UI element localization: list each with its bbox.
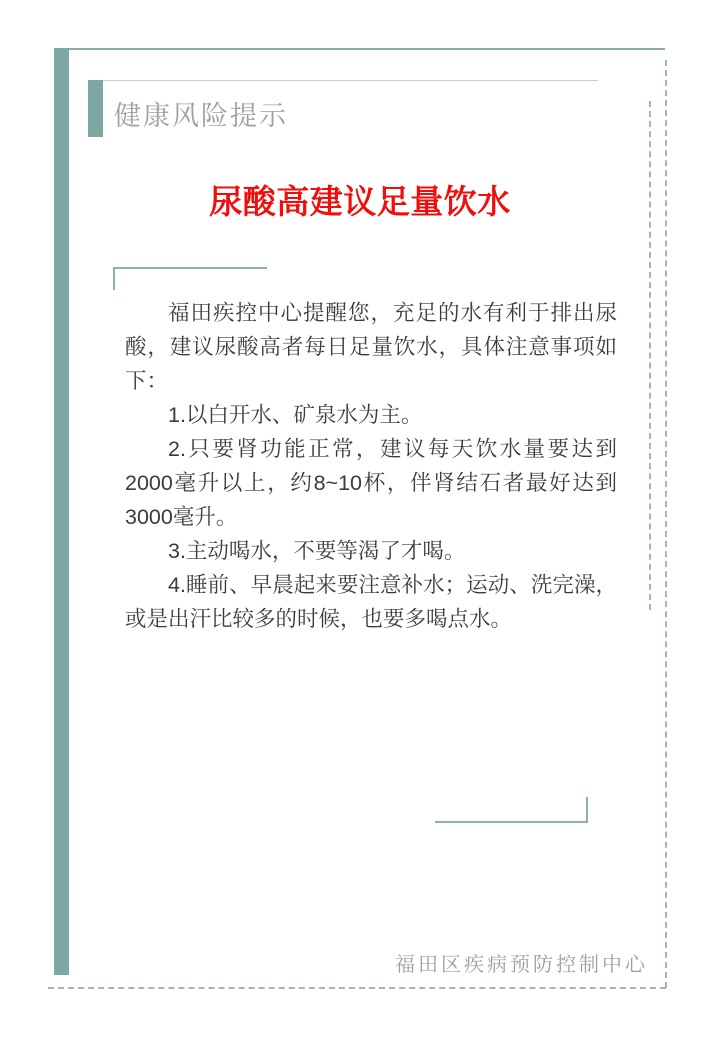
body-paragraph-item-1: 1.以白开水、矿泉水为主。 [125,398,617,432]
body-paragraph-intro: 福田疾控中心提醒您，充足的水有利于排出尿酸，建议尿酸高者每日足量饮水，具体注意事… [125,296,617,398]
header-accent-square [88,80,103,137]
footer-organization: 福田区疾病预防控制中心 [330,948,648,977]
header-rule-line [88,80,598,81]
bottom-dashed-border [48,987,666,989]
left-accent-bar [54,48,69,975]
body-paragraph-item-4: 4.睡前、早晨起来要注意补水；运动、洗完澡，或是出汗比较多的时候，也要多喝点水。 [125,568,617,636]
body-paragraph-item-2: 2.只要肾功能正常，建议每天饮水量要达到2000毫升以上，约8~10杯，伴肾结石… [125,432,617,534]
header-label: 健康风险提示 [114,94,288,133]
inner-dashed-guide-line [649,101,651,610]
body-text-block: 福田疾控中心提醒您，充足的水有利于排出尿酸，建议尿酸高者每日足量饮水，具体注意事… [125,296,617,636]
top-rule-line [69,48,665,50]
body-paragraph-item-3: 3.主动喝水，不要等渴了才喝。 [125,534,617,568]
corner-bracket-top-left [113,267,267,290]
health-notice-page: 健康风险提示 尿酸高建议足量饮水 福田疾控中心提醒您，充足的水有利于排出尿酸，建… [0,0,720,1039]
right-dashed-border [665,60,667,988]
page-title: 尿酸高建议足量饮水 [88,176,632,223]
corner-bracket-bottom-right [435,797,588,823]
